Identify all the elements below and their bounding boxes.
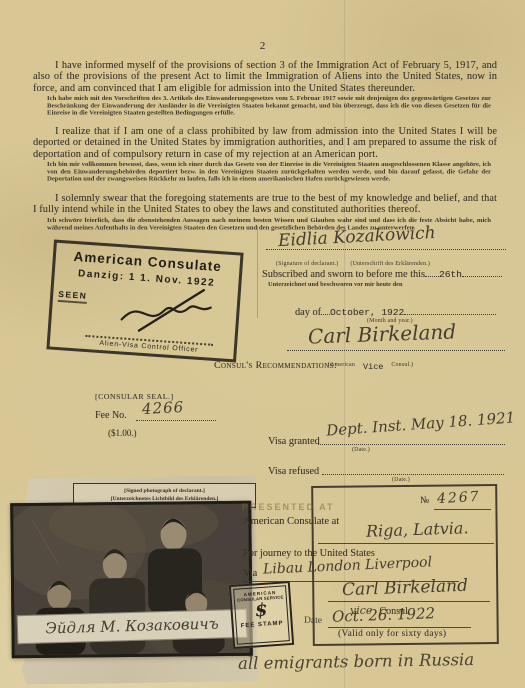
fee-amount: ($1.00.) [108,428,137,438]
consulate-at-value: Riga, Latvia. [366,518,469,541]
scanned-immigration-document: { "colors": { "paper": "#d8c795", "ink":… [0,0,525,688]
paragraph-german: Ich bin mir vollkommen bewusst, dass, we… [47,161,491,183]
fee-number-label: Fee No. [95,410,127,421]
fee-number-rule [136,420,216,421]
month-year-value: October, 1922 [330,307,404,318]
visa-number-value: 4267 [437,489,481,507]
dot-leader [462,268,502,277]
dot-leader [425,268,439,277]
via-label: Via [243,568,257,579]
consular-fee-stamp: AMERICAN CONSULAR SERVICE $ FEE STAMP [229,581,294,649]
visa-granted-label: Visa granted [268,436,320,447]
date-label: Date [304,616,322,626]
paragraph-english: I solemnly swear that the foregoing stat… [33,193,497,216]
danzig-consulate-stamp: American Consulate Danzig: 1 1. Nov. 192… [46,240,243,363]
signature-caption-de: (Unterschrift des Erklärenden.) [350,261,430,267]
fee-number-value: 4266 [142,398,185,418]
consul-signature-rule [287,350,505,351]
consul-caption-post: Consul.) [391,362,413,368]
consuls-recommendations-heading: Consul's Recommendations: [214,360,337,371]
paragraph-informed: I have informed myself of the provisions… [33,60,497,118]
seen-mark: SEEN [58,289,88,304]
paragraph-deportation-risk: I realize that if I am one of a class pr… [33,126,497,184]
date-rule [328,627,471,628]
consul-signature: Carl Birkeland [308,319,457,348]
consulate-at-label: American Consulate at [243,516,339,527]
page-number: 2 [0,40,525,52]
control-officer-signature-scrawl [109,281,222,341]
bottom-annotation: all emigrants born in Russia [238,650,474,673]
presented-at-stamp: PRESENTED AT [242,502,335,512]
pen-mark [257,226,258,318]
photo-caption-en: [Signed photograph of declarant.] [74,487,255,496]
paragraph-german: Ich habe mich mit den Vorschriften des 3… [47,95,491,117]
paragraph-english: I have informed myself of the provisions… [33,60,497,94]
consulate-at-rule [318,543,494,544]
visa-refused-date-caption: (Date.) [392,477,410,483]
visa-number-rule [434,509,491,510]
day-of-label: day of [295,307,321,318]
visa-granted-rule [318,444,505,445]
signature-caption-en: (Signature of declarant.) [276,261,338,267]
subscribed-label: Subscribed and sworn to before me this [262,269,425,280]
visa-refused-rule [322,474,504,475]
signature-rule [266,249,506,250]
dot-leader [404,306,496,315]
visa-granted-date-caption: (Date.) [352,447,370,453]
validity-note: (Valid only for sixty days) [338,629,446,639]
day-value: 26th [439,269,462,280]
paragraph-english: I realize that if I am one of a class pr… [33,126,497,160]
subscribed-label-german: Unterzeichnet und beschworen vor mir heu… [268,281,403,288]
visa-granted-value: Dept. Inst. May 18. 1921 [326,408,516,439]
visa-number-sign: № [420,496,429,506]
consul-caption-vice: Vice [363,362,383,372]
visa-refused-label: Visa refused [268,466,319,477]
dot-leader [321,306,330,315]
fee-stamp-symbol: $ [235,599,287,623]
date-value: Oct. 26. 1922 [332,604,436,626]
